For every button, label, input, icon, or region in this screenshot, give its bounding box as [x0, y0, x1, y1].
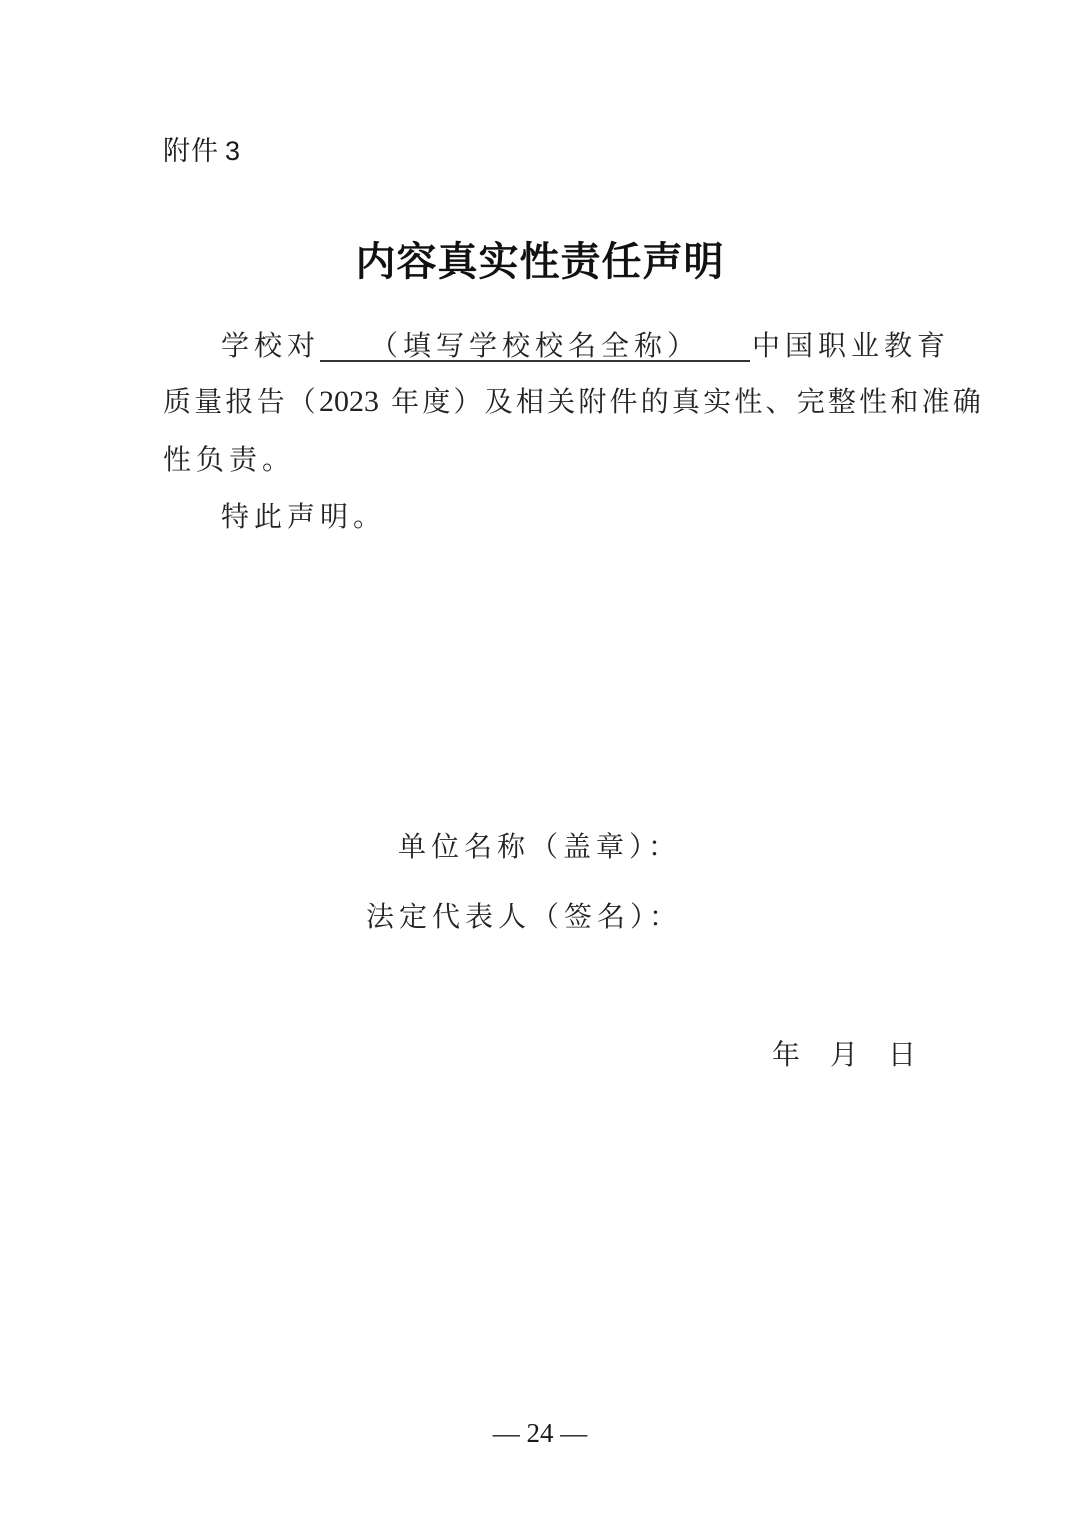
school-name-blank: （填写学校校名全称） [320, 328, 750, 362]
attachment-label-text: 附件 [163, 136, 219, 167]
attachment-label: 附件3 [163, 133, 241, 170]
body-line-3: 性负责。 [163, 442, 295, 478]
body-line2-b: 年度）及相关附件的真实性、完整性和准确 [379, 385, 984, 418]
body-line1-suffix: 中国职业教育 [752, 329, 950, 362]
body-line-1: 学校对（填写学校校名全称）中国职业教育 [221, 328, 950, 364]
body-line1-prefix: 学校对 [221, 329, 320, 362]
page-number: — 24 — [0, 1416, 1080, 1450]
legal-representative-signature-label: 法定代表人（签名）： [366, 899, 682, 935]
report-year: 2023 [319, 385, 379, 418]
date-day: 日 [888, 1037, 916, 1073]
date-year: 年 [772, 1037, 800, 1073]
document-page: 附件3 内容真实性责任声明 学校对（填写学校校名全称）中国职业教育 质量报告（2… [0, 0, 1080, 1528]
attachment-number: 3 [225, 136, 241, 166]
body-line2-a: 质量报告（ [163, 385, 319, 418]
school-name-hint: （填写学校校名全称） [370, 329, 700, 362]
date-month: 月 [830, 1037, 858, 1073]
document-title: 内容真实性责任声明 [0, 236, 1080, 288]
declaration-statement: 特此声明。 [221, 499, 386, 535]
unit-name-seal-label: 单位名称（盖章）： [398, 829, 681, 865]
body-line-2: 质量报告（2023 年度）及相关附件的真实性、完整性和准确 [163, 384, 984, 420]
date-line: 年月日 [772, 1037, 916, 1073]
